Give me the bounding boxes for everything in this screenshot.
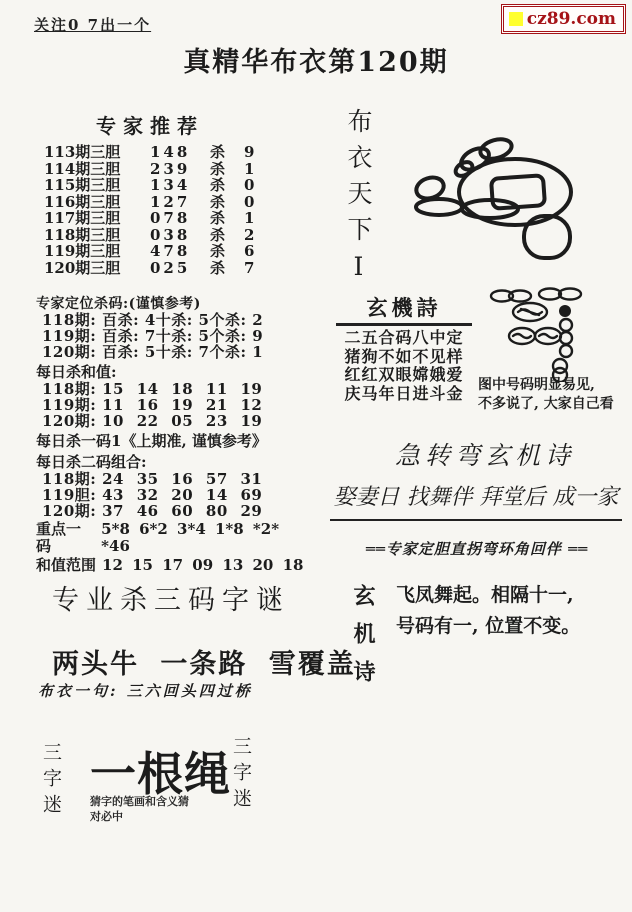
table-row: 113期三胆148杀9 [44,144,254,161]
dan-cell: 025 [150,260,210,277]
poem-line: 红红双眼嫦娥爱 [336,366,472,385]
row-numbers: 10 22 05 23 19 [102,412,262,430]
kill-label: 杀 [210,177,244,194]
kill-value: 1 [244,210,254,227]
issue-cell: 120期三胆 [44,260,150,277]
doodle-caption: 图中号码明显易见, 不多说了, 大家自己看 [478,376,614,414]
table-row: 118期三胆038杀2 [44,227,254,244]
kill-label: 杀 [210,161,244,178]
issue-cell: 117期三胆 [44,210,150,227]
dan-cell: 148 [150,144,210,161]
position-kill-heading: 专家定位杀码:(谨慎参考) [36,296,314,312]
issue-cell: 116期三胆 [44,194,150,211]
row-label: 重点一码 [36,521,95,555]
daily-two-kill-row: 119胆: 43 32 20 14 69 [36,487,314,503]
daily-one-kill-heading: 每日杀一码1《上期准, 谨慎参考》 [36,432,314,450]
page-title: 真精华布衣第120期 [0,40,632,79]
note-decoration: ══ [568,540,588,558]
sharp-turn-heading: 急转弯玄机诗 [355,436,615,472]
table-row: 117期三胆078杀1 [44,210,254,227]
three-char-riddle-label-right: 三字迷 [228,736,255,846]
kill-statistics-block: 专家定位杀码:(谨慎参考) 118期: 百杀: 4十杀: 5个杀: 2 119期… [36,296,314,574]
kill-value: 2 [244,227,254,244]
daily-two-kill-row: 120期: 37 46 60 80 29 [36,503,314,519]
buyi-sentence: 布衣一句: 三六回头四过桥 [38,680,253,701]
kill-label: 杀 [210,194,244,211]
row-label: 120期: [42,502,96,520]
site-logo[interactable]: cz89.com [501,4,626,34]
sum-range-row: 和值范围12 15 17 09 13 20 18 [36,557,314,574]
number-doodle [488,286,592,382]
expert-recommend-table: 113期三胆148杀9 114期三胆239杀1 115期三胆134杀0 116期… [44,144,254,276]
issue-cell: 113期三胆 [44,144,150,161]
note-text: 专家定胆直拐弯环角回伴 [386,540,562,558]
riddle-hint-line: 猜字的笔画和含义猜 [90,794,189,809]
dan-cell: 127 [150,194,210,211]
kill-label: 杀 [210,144,244,161]
row-numbers: 37 46 60 80 29 [102,502,262,520]
poem-line: 飞凤舞起。相隔十一, [396,580,580,611]
xuanji-poem-heading: 玄機詩 [336,292,472,326]
sharp-turn-note: ══专家定胆直拐弯环角回伴 ══ [332,538,622,559]
kill-value: 0 [244,194,254,211]
kill-value: 9 [244,144,254,161]
table-row: 116期三胆127杀0 [44,194,254,211]
kill-value: 0 [244,177,254,194]
row-numbers: 5*8 6*2 3*4 1*8 *2* *46 [101,521,314,555]
issue-cell: 118期三胆 [44,227,150,244]
poem-line: 庆马年日进斗金 [336,385,472,404]
caption-line: 不多说了, 大家自己看 [478,395,614,414]
row-label: 和值范围 [36,557,96,574]
kill-label: 杀 [210,260,244,277]
daily-two-kill-row: 118期: 24 35 16 57 31 [36,471,314,487]
expert-recommend-heading: 专家推荐 [96,110,204,139]
table-row: 120期三胆025杀7 [44,260,254,277]
caption-line: 图中号码明显易见, [478,376,614,395]
table-row: 115期三胆134杀0 [44,177,254,194]
table-row: 119期三胆478杀6 [44,243,254,260]
dan-cell: 478 [150,243,210,260]
row-label: 120期: [42,412,96,430]
kill-label: 杀 [210,243,244,260]
poem-line: 二五合码八中定 [336,329,472,348]
daily-two-kill-heading: 每日杀二码组合: [36,453,314,471]
daily-sum-kill-row: 118期: 15 14 18 11 19 [36,381,314,397]
poem-line: 号码有一, 位置不变。 [396,611,580,642]
position-kill-row: 118期: 百杀: 4十杀: 5个杀: 2 [36,312,314,328]
daily-sum-kill-row: 119期: 11 16 19 21 12 [36,397,314,413]
issue-cell: 119期三胆 [44,243,150,260]
riddle-hint-line: 对必中 [90,809,189,824]
dan-cell: 078 [150,210,210,227]
issue-cell: 114期三胆 [44,161,150,178]
final-xuanji-poem: 飞凤舞起。相隔十一, 号码有一, 位置不变。 [396,580,580,642]
logo-square-icon [509,12,523,26]
buyi-doodle [412,136,588,260]
table-row: 114期三胆239杀1 [44,161,254,178]
riddle-hint-note: 猜字的笔画和含义猜 对必中 [90,794,189,824]
daily-sum-kill-row: 120期: 10 22 05 23 19 [36,413,314,429]
key-one-row: 重点一码5*8 6*2 3*4 1*8 *2* *46 [36,521,314,555]
sharp-turn-line: 娶妻日 找舞伴 拜堂后 成一家 [330,480,622,521]
tip-sheet-page: 关注0 7出一个 cz89.com 真精华布衣第120期 专家推荐 113期三胆… [0,0,632,912]
dan-cell: 134 [150,177,210,194]
top-slogan: 关注0 7出一个 [34,14,151,35]
position-kill-row: 119期: 百杀: 7十杀: 5个杀: 9 [36,328,314,344]
poem-line: 猪狗不如不见样 [336,348,472,367]
daily-sum-kill-heading: 每日杀和值: [36,363,314,381]
xuanji-poem-block: 玄機詩 二五合码八中定 猪狗不如不见样 红红双眼嫦娥爱 庆马年日进斗金 [336,292,472,403]
three-char-riddle-label-left: 三字迷 [38,742,65,852]
kill-three-riddle-heading: 专业杀三码字谜 [52,578,290,617]
kill-value: 6 [244,243,254,260]
kill-value: 1 [244,161,254,178]
dan-cell: 239 [150,161,210,178]
kill-label: 杀 [210,227,244,244]
kill-label: 杀 [210,210,244,227]
row-numbers: 12 15 17 09 13 20 18 [102,557,303,574]
issue-cell: 115期三胆 [44,177,150,194]
kill-three-riddle-line: 两头牛 一条路 雪覆盖 [52,642,356,681]
position-kill-row: 120期: 百杀: 5十杀: 7个杀: 1 [36,344,314,360]
final-xuanji-label: 玄机诗 [348,584,379,714]
note-decoration: ══ [366,540,386,558]
kill-value: 7 [244,260,254,277]
dan-cell: 038 [150,227,210,244]
logo-text: cz89.com [527,9,616,29]
